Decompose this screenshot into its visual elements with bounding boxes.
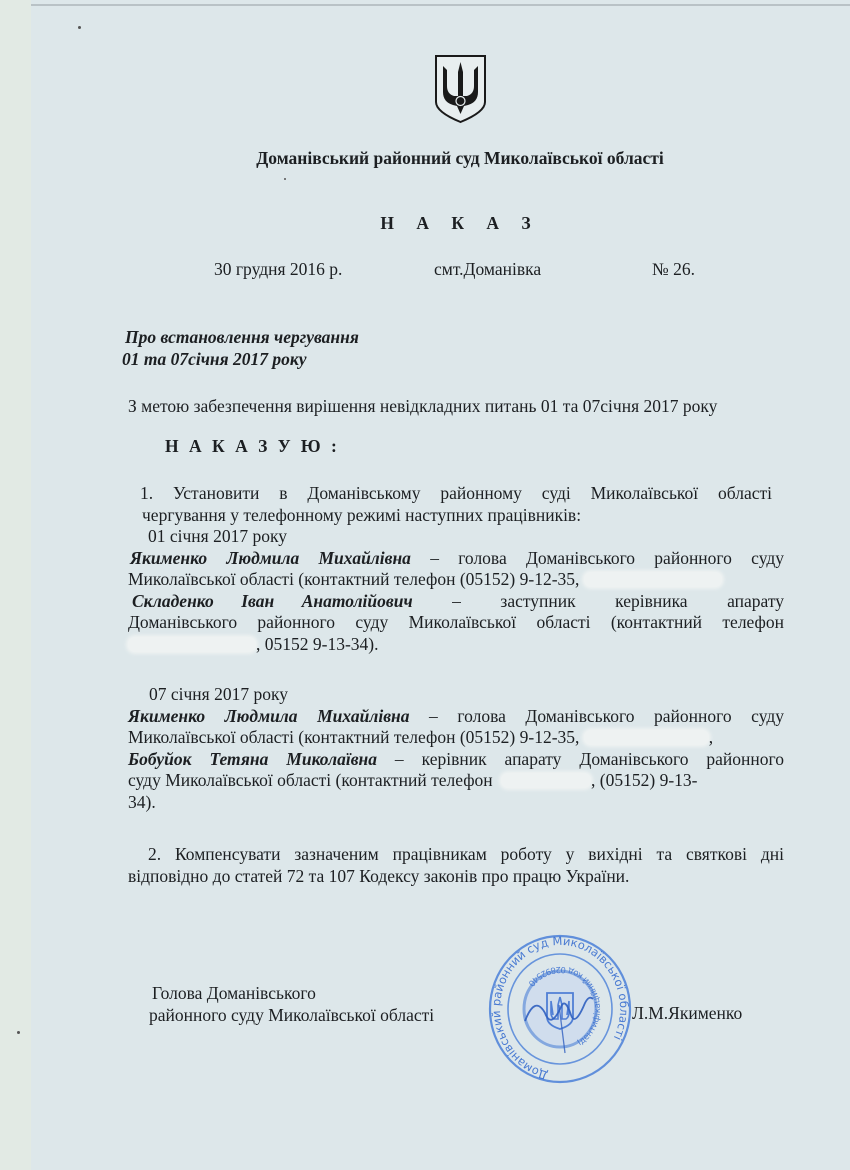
- signatory-role-line-2: районного суду Миколаївської області: [149, 1004, 434, 1026]
- order-purpose: З метою забезпечення вирішення невідклад…: [128, 396, 717, 417]
- order-number: № 26.: [652, 259, 695, 280]
- person-name: Якименко Людмила Михайлівна: [128, 706, 410, 726]
- scan-top-edge: [31, 4, 850, 6]
- item-1: 1. Установити в Доманівському районному …: [128, 483, 784, 655]
- day-2-person-2-line-1: Бобуйок Тетяна Миколаївна – керівник апа…: [128, 749, 784, 771]
- day-1-person-2-line-3: , 05152 9-13-34).: [128, 634, 784, 656]
- item-2: 2. Компенсувати зазначеним працівникам р…: [128, 844, 784, 887]
- day-1-person-1-line-2: Миколаївської області (контактний телефо…: [128, 569, 784, 591]
- document-type-title: Н А К А З: [0, 213, 850, 234]
- redacted-phone: [501, 773, 591, 788]
- order-place: смт.Доманівка: [434, 259, 541, 280]
- day-2-date: 07 січня 2017 року: [128, 684, 784, 706]
- person-name: Бобуйок Тетяна Миколаївна: [128, 749, 377, 769]
- day-1-date: 01 січня 2017 року: [128, 526, 784, 548]
- order-subject: Про встановлення чергування 01 та 07січн…: [122, 326, 359, 370]
- item-1-line-2: чергування у телефонному режимі наступни…: [128, 505, 784, 527]
- day-1-person-2-line-2: Доманівського районного суду Миколаївськ…: [128, 612, 784, 634]
- person-name: Складенко Іван Анатолійович: [132, 591, 413, 611]
- ukraine-trident-emblem-icon: [433, 52, 488, 124]
- item-2-line-1: 2. Компенсувати зазначеним працівникам р…: [128, 844, 784, 866]
- item-1-line-1: 1. Установити в Доманівському районному …: [128, 483, 772, 505]
- item-2-line-2: відповідно до статей 72 та 107 Кодексу з…: [128, 866, 784, 888]
- scan-speck: [284, 178, 286, 180]
- subject-line-1: Про встановлення чергування: [122, 326, 359, 348]
- day-1-person-1-line-1: Якименко Людмила Михайлівна – голова Дом…: [128, 548, 784, 570]
- day-2-person-1-line-2: Миколаївської області (контактний телефо…: [128, 727, 784, 749]
- day-2-person-1-line-1: Якименко Людмила Михайлівна – голова Дом…: [128, 706, 784, 728]
- decree-heading: Н А К А З У Ю :: [165, 436, 340, 457]
- signatory-role: Голова Доманівського районного суду Мико…: [149, 982, 434, 1026]
- person-name: Якименко Людмила Михайлівна: [130, 548, 411, 568]
- item-1-day-2: 07 січня 2017 року Якименко Людмила Миха…: [128, 684, 784, 813]
- court-name: Доманівський районний суд Миколаївської …: [0, 148, 850, 169]
- order-date: 30 грудня 2016 р.: [214, 259, 342, 280]
- day-1-person-2-line-1: Складенко Іван Анатолійович – заступник …: [128, 591, 784, 613]
- redacted-phone: [128, 637, 256, 652]
- day-2-person-2-line-2: суду Миколаївської області (контактний т…: [128, 770, 784, 792]
- official-seal-stamp: Доманівський районний суд Миколаївської …: [485, 933, 635, 1085]
- scan-speck: [17, 1031, 20, 1034]
- signatory-role-line-1: Голова Доманівського: [149, 982, 434, 1004]
- signatory-name: Л.М.Якименко: [632, 1003, 742, 1024]
- scan-speck: [78, 26, 81, 29]
- redacted-phone: [584, 730, 709, 745]
- day-2-person-2-line-3: 34).: [128, 792, 784, 814]
- redacted-phone: [584, 572, 722, 587]
- subject-line-2: 01 та 07січня 2017 року: [122, 348, 359, 370]
- scan-edge-strip: [0, 0, 31, 1170]
